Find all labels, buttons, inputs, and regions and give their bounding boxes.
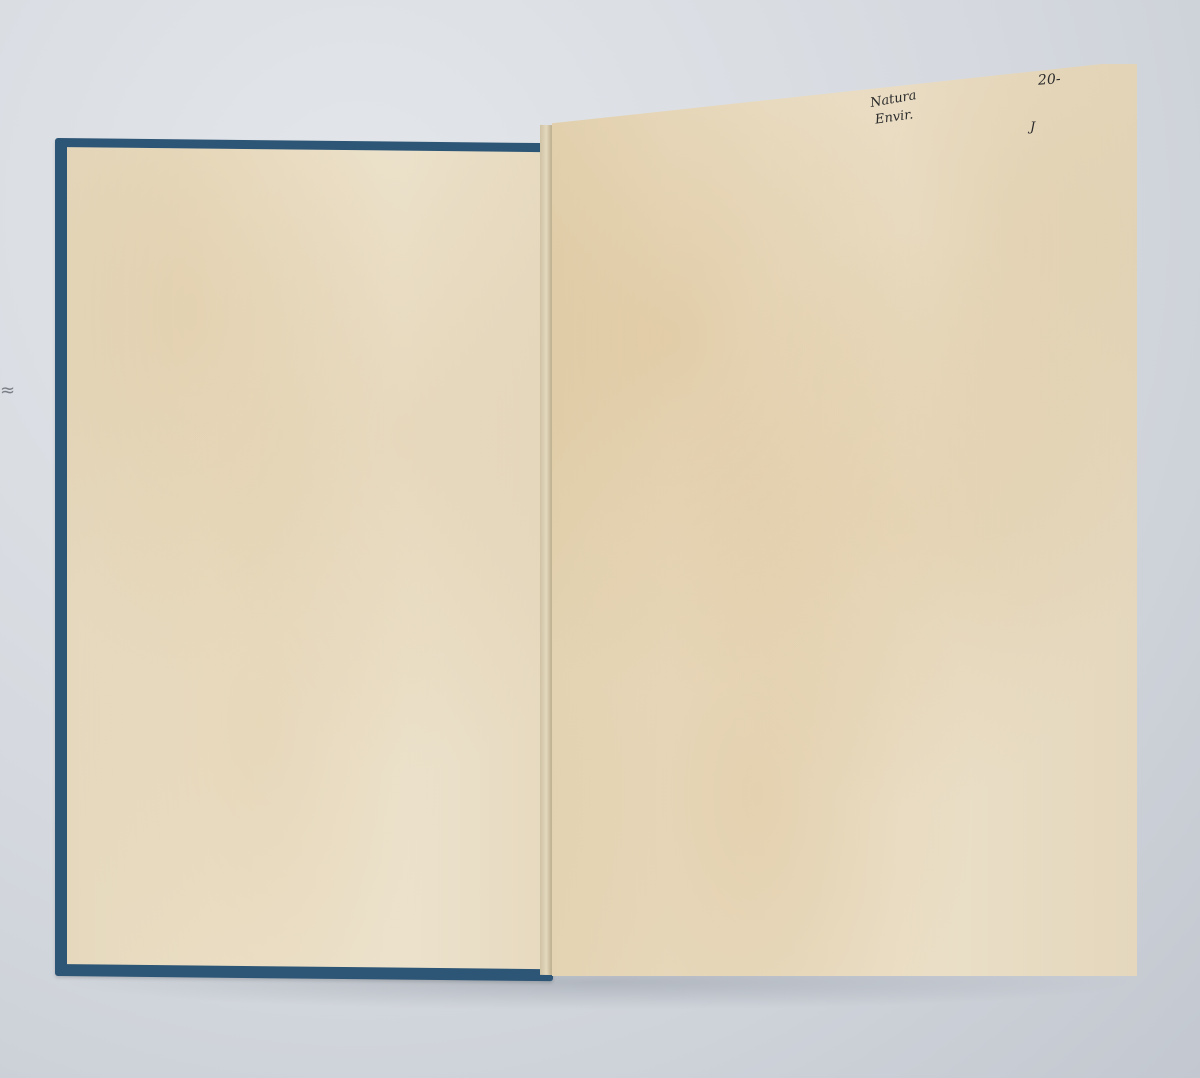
stray-mark-icon: ≈ [0, 380, 24, 410]
right-flyleaf-page [552, 64, 1137, 976]
front-cover-board [55, 138, 553, 981]
left-pastedown-endpaper [67, 147, 551, 969]
photo-scene: Natura Envir. 20- J ≈ [0, 0, 1200, 1078]
handwritten-price: 20- [1037, 71, 1061, 89]
handwritten-initial: J [1030, 120, 1035, 135]
